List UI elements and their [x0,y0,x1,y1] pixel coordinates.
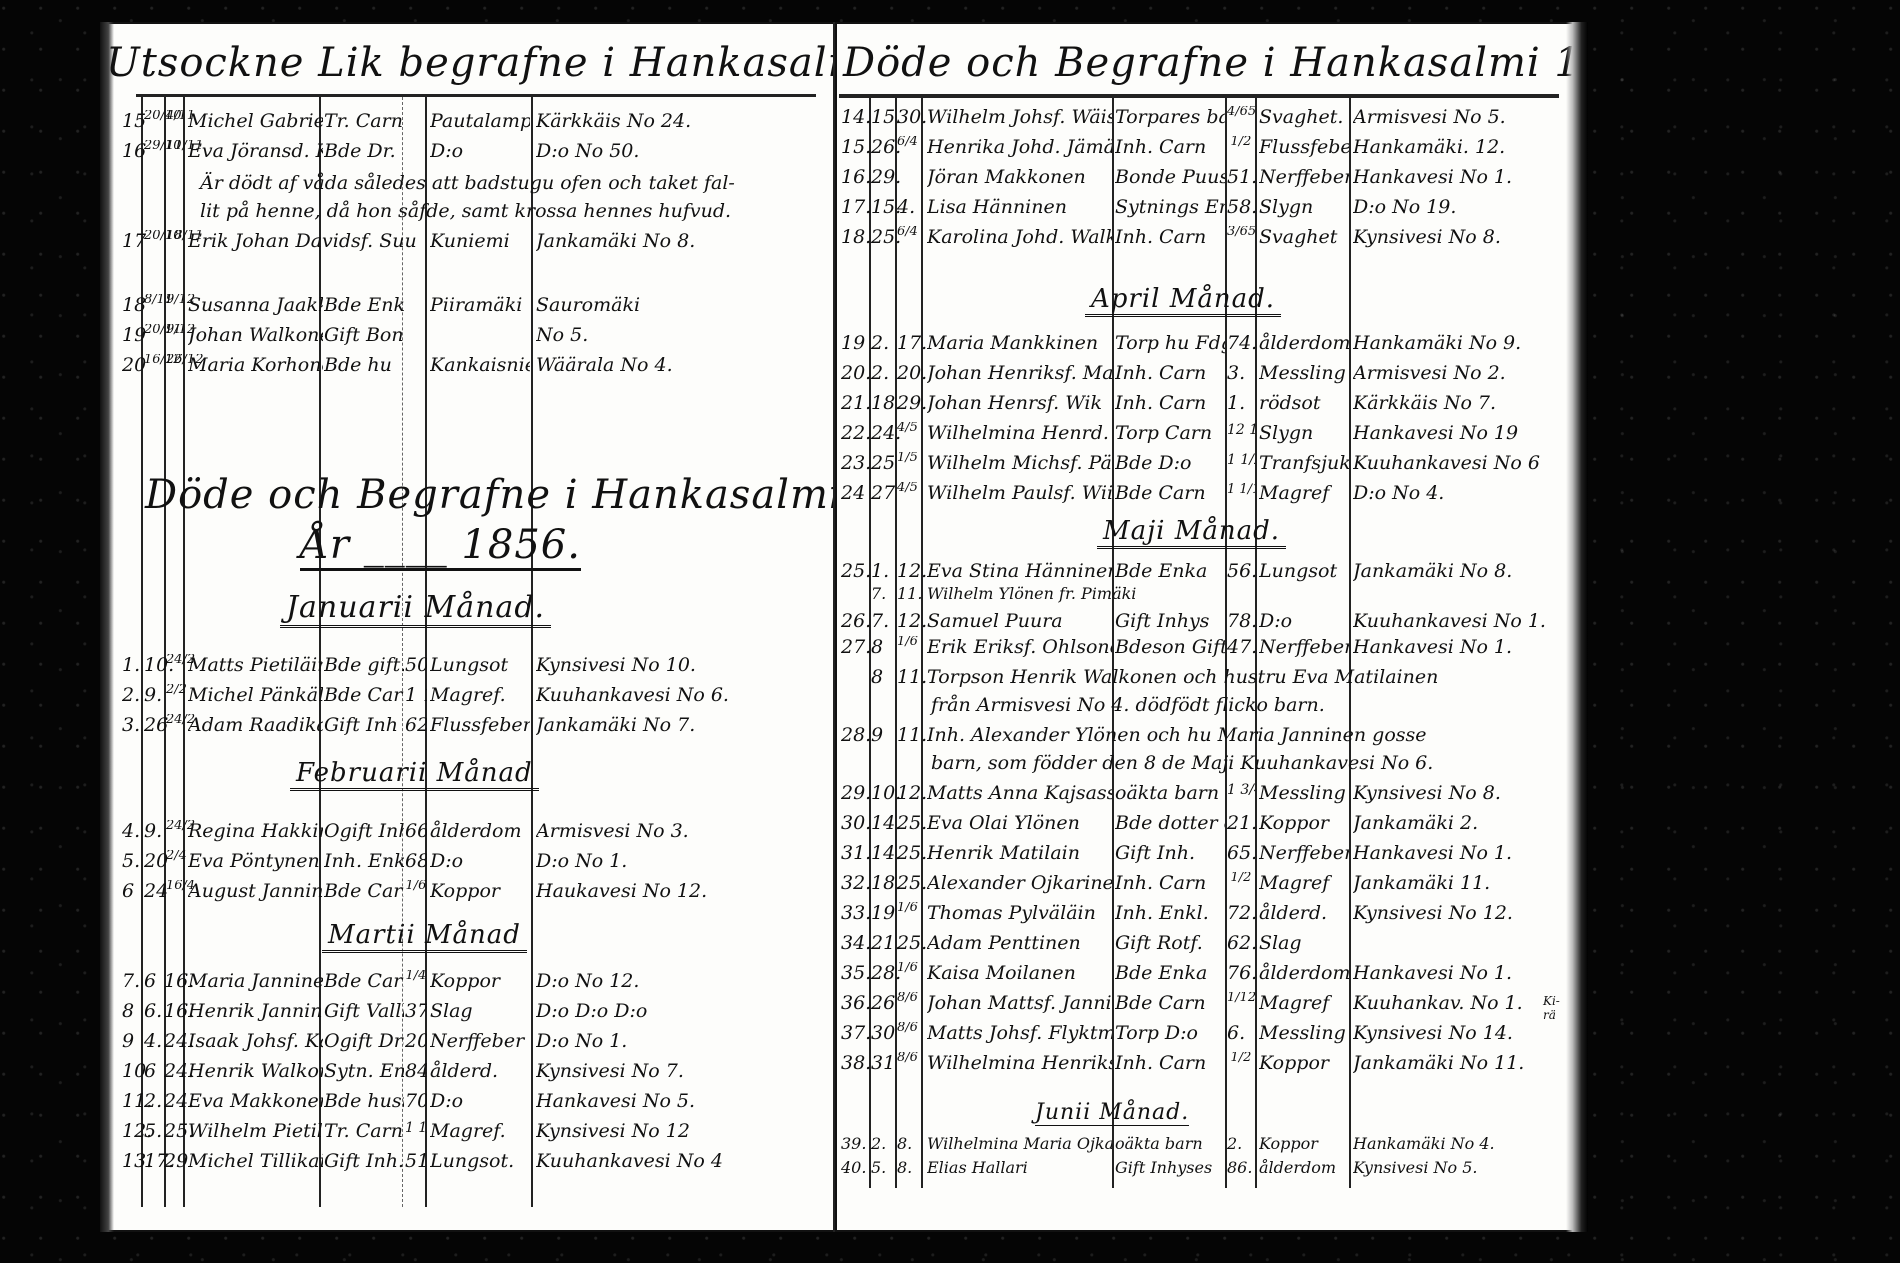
death-date: 26 [871,992,895,1014]
title-underline [136,94,816,97]
status: Inh. Carn [1115,1052,1225,1074]
entry-number: 36. [841,992,871,1014]
entry-number: 15 [122,110,146,132]
deceased-name: Erik Eriksf. Ohlsonen [927,636,1112,658]
cause-of-death: ålderd. [430,1060,530,1082]
year-heading: År ____ 1856. [300,522,581,571]
age: 1/4 [405,970,427,982]
residence: Kynsivesi No 14. [1353,1022,1553,1044]
death-date: 30 [871,1022,895,1044]
entry-number: 39. [841,1134,866,1153]
cause-of-death: Koppor [1259,1052,1349,1074]
residence: Kuuhankavesi No 6. [536,684,806,706]
month-heading-april: April Månad. [1085,284,1281,317]
residence: Hankavesi No 19 [1353,422,1553,444]
month-heading-february: Februarii Månad [290,758,539,791]
entry-number: 14. [841,106,871,128]
status: Bonde Puuska [1115,166,1225,188]
burial-date: 25. [897,842,927,864]
deceased-name: Wilhelm Johsf. Wäisänen [927,106,1112,128]
age: 1 1/2 [405,1120,427,1136]
annotation-note: barn, som födder den 8 de Maji Kuuhankav… [931,752,1433,774]
age: 47. [1227,636,1255,658]
left-page: Utsockne Lik begrafne i Hankasalmi 1855.… [100,22,838,1232]
death-date: 1. [871,560,889,582]
cause-of-death: Slag [430,1000,530,1022]
cause-of-death: Magref [1259,992,1349,1014]
deceased-name: August Janninen [188,880,323,902]
death-date: 5. [144,1120,162,1142]
deceased-name: Henrik Matilain [927,842,1112,864]
cause-of-death: Piiramäki [430,294,530,316]
burial-date: 8/6 [897,992,918,1004]
status: Bdeson Gift [1115,636,1225,658]
age: 3/65. [1227,226,1255,238]
burial-date: 1/6 [897,902,918,914]
status: Gift Inh. [1115,842,1225,864]
table-row: 8 6. 16. Henrik Janninen Gift Vallhatt 3… [100,1000,835,1030]
deceased-name: Michel Tillikain [188,1150,323,1172]
deceased-name: Wilhelm Paulsf. Wiinikain [927,482,1112,504]
month-heading-march: Martii Månad [322,920,527,953]
status: Inh. Enka [324,850,404,872]
status: Bde Carn [324,880,404,902]
table-row: 28. 9 11. Inh. Alexander Ylönen och hu M… [835,724,1588,754]
table-row: 15 20/10 4/11 Michel Gabrielsf. Pietiläi… [100,110,835,140]
age: 70 [405,1090,427,1112]
deceased-name: Torpson Henrik Walkonen och hustru Eva M… [927,666,1567,688]
status: Torpares barn [1115,106,1225,128]
age: 21. [1227,812,1255,834]
entry-number: 28. [841,724,871,746]
cause-of-death: Magref [1259,482,1349,504]
status: Tr. Carn [324,110,404,132]
table-row: 21. 18. 29. Johan Henrsf. Wik Inh. Carn … [835,392,1588,422]
table-row: 20. 2. 20. Johan Henriksf. Matilain Inh.… [835,362,1588,392]
cause-of-death: Lungsot [430,654,530,676]
cause-of-death: D:o [430,1090,530,1112]
death-date: 4. [144,1030,162,1052]
entry-number: 17. [841,196,871,218]
cause-of-death: Lungsot. [430,1150,530,1172]
deceased-name: Maria Korhonen [188,354,323,376]
death-date: 29. [871,166,901,188]
annotation-note: från Armisvesi No 4. dödfödt flicko barn… [931,694,1325,716]
age: 1. [1227,392,1255,414]
deceased-name: Karolina Johd. Walkonen [927,226,1112,248]
residence: Hankamäki No 9. [1353,332,1553,354]
status: Inh. Carn [1115,362,1225,384]
deceased-name: Michel Pänkäläin [188,684,323,706]
table-row: 9 4. 24. Isaak Johsf. Kauppinen Ogift Dr… [100,1030,835,1060]
deceased-name: Regina Hakkinen [188,820,323,842]
cause-of-death: Nerffeber [1259,166,1349,188]
residence: Kynsivesi No 10. [536,654,806,676]
age: 78. [1227,610,1255,632]
cause-of-death: Koppor [1259,812,1349,834]
deceased-name: Henrika Johd. Jämäläin [927,136,1112,158]
burial-date: 8/6 [897,1052,918,1064]
table-row: 38. 31 8/6 Wilhelmina Henriksd. Janninen… [835,1052,1588,1082]
cause-of-death: Magref. [430,684,530,706]
status: Bde D:o [1115,452,1225,474]
burial-date: 12. [897,782,927,804]
death-date: 6. [144,1000,162,1022]
residence: Hankamäki No 4. [1353,1134,1553,1153]
status: Ogift Dreng [324,1030,404,1052]
entry-number: 24 [841,482,865,504]
status: Gift Inh. [324,1150,404,1172]
table-row: 29. 10. 12. Matts Anna Kajsasson oäkta b… [835,782,1588,812]
age: 2. [1227,1134,1255,1153]
residence: Kuuhankav. No 1. [1353,992,1553,1014]
cause-of-death: Svaghet [1259,226,1349,248]
death-date: 19 [871,902,895,924]
table-row: 6 24 16/4 August Janninen Bde Carn 1/6 K… [100,880,835,910]
burial-date: 6/4 [897,226,918,238]
residence: Kynsivesi No 12 [536,1120,806,1142]
deceased-name: Eva Stina Hänninen [927,560,1112,582]
table-row: 27. 8 1/6 Erik Eriksf. Ohlsonen Bdeson G… [835,636,1588,666]
status: Bde Enka [324,294,404,316]
deceased-name: Lisa Hänninen [927,196,1112,218]
table-row: 32. 18. 25. Alexander Ojkarinen Inh. Car… [835,872,1588,902]
age: 4/65 [1227,106,1255,118]
status: Bde Dr. [324,140,404,162]
table-row: 13. 17. 29 Michel Tillikain Gift Inh. 51… [100,1150,835,1180]
deceased-name: Susanna Jaakkelain [188,294,323,316]
entry-number: 10 [122,1060,146,1082]
deceased-name: Wilhelmina Henriksd. Janninen [927,1052,1112,1074]
age: 72. [1227,902,1255,924]
entry-number: 19 [122,324,146,346]
cause-of-death: Tranfsjuka [1259,452,1349,474]
entry-number: 38. [841,1052,871,1074]
margin-note: Ki- rä [1543,994,1563,1022]
cause-of-death: Slygn [1259,196,1349,218]
cause-of-death: Pautalampi [430,110,530,132]
death-date: 2. [871,362,889,384]
deceased-name: Inh. Alexander Ylönen och hu Maria Janni… [927,724,1567,746]
entry-number: 16 [122,140,146,162]
residence: Jankamäki 2. [1353,812,1553,834]
deceased-name: Johan Walkonen [188,324,323,346]
cause-of-death: Kuniemi [430,230,530,252]
residence: Jankamäki 11. [1353,872,1553,894]
table-row: 17. 15. 4. Lisa Hänninen Sytnings Enka 5… [835,196,1588,226]
table-row: 18 8/11 9/12 Susanna Jaakkelain Bde Enka… [100,294,835,324]
entry-number: 7. [122,970,140,992]
deceased-name: Wilhelmina Maria Ojkari [927,1134,1112,1153]
deceased-name: Adam Penttinen [927,932,1112,954]
burial-date: 11. [897,666,927,688]
cause-of-death: ålderdom [1259,962,1349,984]
age: 50. [405,654,427,676]
entry-number: 8 [122,1000,134,1022]
status: Gift Inh [324,714,404,736]
entry-number: 9 [122,1030,134,1052]
deceased-name: Wilhelm Michsf. Pänkäläin [927,452,1112,474]
table-row: 20 16/12 26/12 Maria Korhonen Bde hu Kan… [100,354,835,384]
residence: Armisvesi No 2. [1353,362,1553,384]
status: Bde Carn [1115,992,1225,1014]
status: Gift Bonde [324,324,404,346]
status: Inh. Carn [1115,226,1225,248]
residence: Sauromäki [536,294,806,316]
cause-of-death: D:o [430,140,530,162]
age: 86. [1227,1158,1255,1177]
table-row: 19 20/11 9/12 Johan Walkonen Gift Bonde … [100,324,835,354]
burial-date: 29. [897,392,927,414]
residence: Jankamäki No 7. [536,714,806,736]
burial-date: 20. [897,362,927,384]
status: Bde hu [324,354,404,376]
status: Bde Carn [324,970,404,992]
deceased-name: Eva Makkonen [188,1090,323,1112]
age: 1/2 [1227,136,1255,148]
residence: Jankamäki No 8. [1353,560,1553,582]
death-date: 20 [144,850,168,872]
status: Bde Enka [1115,962,1225,984]
deceased-name: Henrik Walkonen [188,1060,323,1082]
table-row: 5. 20 2/4 Eva Pöntynen Inh. Enka 68 D:o … [100,850,835,880]
right-page: Döde och Begrafne i Hankasalmi 1856. 14.… [835,22,1588,1232]
age: 62. [405,714,427,736]
table-row: 31. 14. 25. Henrik Matilain Gift Inh. 65… [835,842,1588,872]
burial-date: 1/6 [897,962,918,974]
table-row: 36. 26 8/6 Johan Mattsf. Janninen Bde Ca… [835,992,1588,1022]
age: 3. [1227,362,1255,384]
deceased-name: Johan Henrsf. Wik [927,392,1112,414]
residence: Hankamäki. 12. [1353,136,1553,158]
age: 51. [405,1150,427,1172]
cause-of-death: Flussfeber [430,714,530,736]
entry-number: 20 [122,354,146,376]
entry-number: 20. [841,362,871,384]
entry-number: 22. [841,422,871,444]
burial-date: 30. [897,106,927,128]
entry-number: 15. [841,136,871,158]
table-row: 18. 25. 6/4 Karolina Johd. Walkonen Inh.… [835,226,1588,256]
status: Torp Carn [1115,422,1225,444]
cause-of-death: Nerffeber [430,1030,530,1052]
entry-number: 4. [122,820,140,842]
table-row: 17 20/10 18/11 Erik Johan Davidsf. Suuro… [100,230,835,260]
cause-of-death: Messling [1259,782,1349,804]
burial-date: 1/5 [897,452,918,464]
death-date: 25 [871,452,895,474]
age: 12 1/2 [1227,422,1255,438]
residence: D:o No 12. [536,970,806,992]
cause-of-death: Nerffeber [1259,842,1349,864]
deceased-name: Michel Gabrielsf. Pietiläinen [188,110,323,132]
entry-number: 34. [841,932,871,954]
month-heading-june: Junii Månad. [1035,1100,1189,1126]
table-row: 7. 6 16. Maria Janninen Bde Carn 1/4 Kop… [100,970,835,1000]
age: 1 1/2 [405,684,427,706]
entry-number: 16. [841,166,871,188]
cause-of-death: Magref [1259,872,1349,894]
cause-of-death: D:o [430,850,530,872]
cause-of-death: Magref. [430,1120,530,1142]
entry-number: 30. [841,812,871,834]
deceased-name: Erik Johan Davidsf. Suuronen [188,230,418,252]
left-page-title: Utsockne Lik begrafne i Hankasalmi 1855. [106,40,838,86]
deceased-name: Eva Pöntynen [188,850,323,872]
table-row: 11. 2. 24. Eva Makkonen Bde hustr. 70 D:… [100,1090,835,1120]
deceased-name: Wilhelm Ylönen fr. Pimäki [927,584,1177,603]
residence: Kuuhankavesi No 6 [1353,452,1553,474]
entry-number: 29. [841,782,871,804]
entry-number: 40. [841,1158,866,1177]
death-date: 9. [144,684,162,706]
status: Tr. Carn [324,1120,404,1142]
residence: Kynsivesi No 5. [1353,1158,1553,1177]
deceased-name: Samuel Puura [927,610,1112,632]
death-date: 7. [871,610,889,632]
status: Bde Enka [1115,560,1225,582]
status: oäkta barn [1115,782,1225,804]
table-row: 3. 26 24/2 Adam Raadikainen Gift Inh 62.… [100,714,835,744]
burial-date: 2/4 [166,850,187,862]
annotation-note: lit på henne, då hon såfde, samt krossa … [200,200,731,222]
age: 56. [1227,560,1255,582]
age: 68 [405,850,427,872]
death-date: 7. [871,584,886,603]
table-row: 33. 19 1/6 Thomas Pylväläin Inh. Enkl. 7… [835,902,1588,932]
residence: Hankavesi No 1. [1353,962,1553,984]
cause-of-death: Lungsot [1259,560,1349,582]
deceased-name: Maria Janninen [188,970,323,992]
entry-number: 21. [841,392,871,414]
status: Sytnings Enka [1115,196,1225,218]
open-register-book: Utsockne Lik begrafne i Hankasalmi 1855.… [100,22,1588,1232]
burial-date: 17. [897,332,927,354]
table-row: 23. 25 1/5 Wilhelm Michsf. Pänkäläin Bde… [835,452,1588,482]
entry-number: 27. [841,636,871,658]
deceased-name: Elias Hallari [927,1158,1112,1177]
cause-of-death: ålderdom [430,820,530,842]
deceased-name: Thomas Pylväläin [927,902,1112,924]
death-date: 2. [871,1134,886,1153]
deceased-name: Matts Pietiläinen [188,654,323,676]
table-row: 1. 10. 24/2 Matts Pietiläinen Bde gift. … [100,654,835,684]
table-row: 12. 5. 25. Wilhelm Pietiläin Tr. Carn 1 … [100,1120,835,1150]
death-date: 9. [144,820,162,842]
table-row: 35. 28. 1/6 Kaisa Moilanen Bde Enka 76. … [835,962,1588,992]
entry-number: 23. [841,452,871,474]
burial-date: 4. [897,196,915,218]
residence: Haukavesi No 12. [536,880,806,902]
residence: Wäärala No 4. [536,354,806,376]
deceased-name: Adam Raadikainen [188,714,323,736]
deceased-name: Isaak Johsf. Kauppinen [188,1030,323,1052]
death-date: 24 [144,880,168,902]
month-heading-january: Januarii Månad. [280,590,551,628]
cause-of-death: ålderd. [1259,902,1349,924]
cause-of-death: Messling [1259,362,1349,384]
entry-number: 2. [122,684,140,706]
title-underline [839,94,1559,98]
cause-of-death: Flussfeber [1259,136,1349,158]
entry-number: 33. [841,902,871,924]
residence: Hankavesi No 5. [536,1090,806,1112]
age: 66. [405,820,427,842]
deceased-name: Henrik Janninen [188,1000,323,1022]
table-row: 24 27 4/5 Wilhelm Paulsf. Wiinikain Bde … [835,482,1588,512]
status: Ogift Inh. [324,820,404,842]
age: 1 1/12 [1227,482,1255,497]
status: Gift Inhys [1115,610,1225,632]
entry-number: 3. [122,714,140,736]
burial-date: 1/6 [897,636,918,648]
deceased-name: Alexander Ojkarinen [927,872,1112,894]
age: 6. [1227,1022,1255,1044]
age: 1 1/2 [1227,452,1255,468]
burial-date: 25. [897,872,927,894]
status: Bde gift. [324,654,404,676]
residence: Jankamäki No 11. [1353,1052,1553,1074]
cause-of-death: Slygn [1259,422,1349,444]
entry-number: 18 [122,294,146,316]
death-date: 8 [871,636,883,658]
age: 1 3/4 [1227,782,1255,798]
residence: D:o No 1. [536,850,806,872]
age: 1/2 [1227,1052,1255,1064]
residence: Armisvesi No 5. [1353,106,1553,128]
table-row: 2. 9. 2/2 Michel Pänkäläin Bde Carn 1 1/… [100,684,835,714]
status: Gift Inhyses [1115,1158,1225,1177]
cause-of-death: Kankaisniemi [430,354,530,376]
residence: Kynsivesi No 12. [1353,902,1553,924]
table-row: 16 29/10 11/11 Eva Jöransd. Keurulainen … [100,140,835,170]
death-date: 8 [871,666,883,688]
cause-of-death: Koppor [430,970,530,992]
deceased-name: Johan Mattsf. Janninen [927,992,1112,1014]
month-heading-may: Maji Månad. [1097,516,1286,549]
cause-of-death: Koppor [430,880,530,902]
burial-date: 2/2 [166,684,187,696]
deceased-name: Maria Mankkinen [927,332,1112,354]
burial-date: 8. [897,1158,912,1177]
cause-of-death: D:o [1259,610,1349,632]
age: 84 [405,1060,427,1082]
entry-number: 5. [122,850,140,872]
cause-of-death: Slag [1259,932,1349,954]
residence: Hankavesi No 1. [1353,842,1553,864]
death-date: 2. [871,332,889,354]
age: 1/6 [405,880,427,892]
status: Bde Carn [1115,482,1225,504]
burial-date: 8/6 [897,1022,918,1034]
status: Inh. Carn [1115,136,1225,158]
cause-of-death: ålderdom [1259,1158,1349,1177]
residence: Kynsivesi No 8. [1353,226,1553,248]
status: Inh. Enkl. [1115,902,1225,924]
entry-number: 26. [841,610,871,632]
table-row: 37. 30 8/6 Matts Johsf. Flyktman Torp D:… [835,1022,1588,1052]
entry-number: 35. [841,962,871,984]
entry-number: 1. [122,654,140,676]
cause-of-death: Nerffeber [1259,636,1349,658]
age: 37. [405,1000,427,1022]
burial-date: 29 [164,1150,188,1172]
table-row: 15. 26. 6/4 Henrika Johd. Jämäläin Inh. … [835,136,1588,166]
burial-date: 11. [897,584,922,603]
residence: Armisvesi No 3. [536,820,806,842]
status: Sytn. Enkl. [324,1060,404,1082]
burial-date: 12. [897,610,927,632]
